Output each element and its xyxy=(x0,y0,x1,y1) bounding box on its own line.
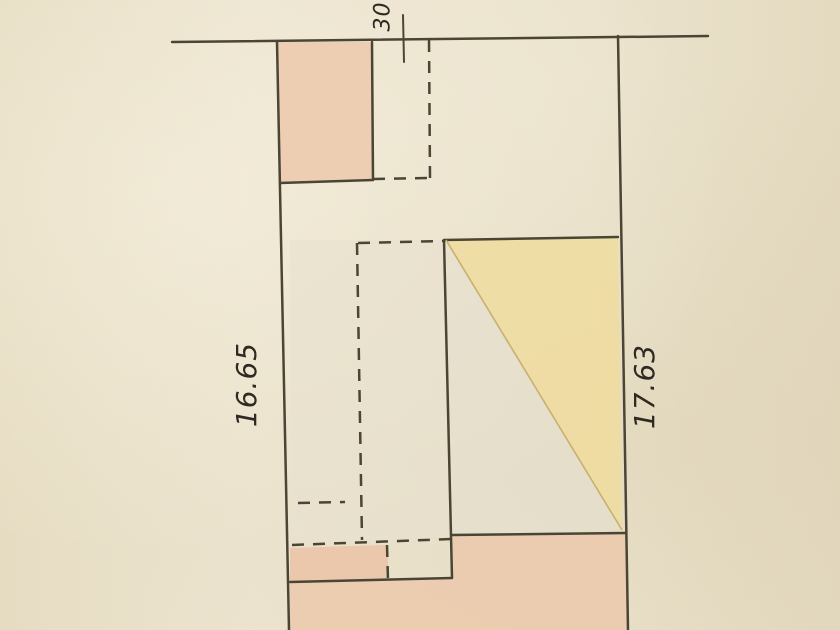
dimension-top: 30 xyxy=(371,2,396,32)
inner-area xyxy=(290,240,452,548)
dimension-right: 17.63 xyxy=(628,344,661,429)
pink-room-small xyxy=(290,545,388,582)
site-plan-sheet: 16.65 17.63 30 xyxy=(0,0,840,630)
pink-room-top xyxy=(278,42,373,183)
dashed-top-vertical xyxy=(429,40,430,178)
street-line xyxy=(172,36,708,42)
plan-drawing xyxy=(0,0,840,630)
dimension-left: 16.65 xyxy=(230,342,263,427)
